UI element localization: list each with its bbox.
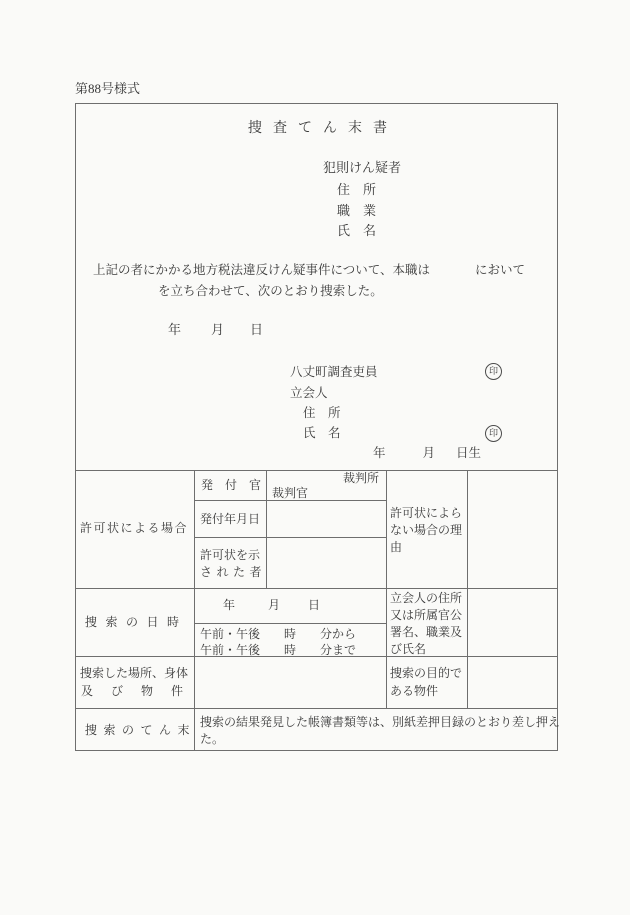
officer-title: 八丈町調査吏員 (290, 365, 378, 381)
birth-month-label: 月 (423, 446, 436, 460)
search-target-value-cell (468, 657, 557, 708)
witness-heading: 立会人 (290, 386, 328, 402)
no-permit-reason-value-cell (468, 471, 557, 588)
body-line2: を立ち合わせて、次のとおり捜索した。 (158, 284, 383, 300)
court-suffix-label: 裁判所 (267, 471, 383, 486)
search-time-to-label: 午前・午後 時 分まで (200, 643, 356, 658)
search-date-year-label: 年 (223, 598, 235, 612)
table-border-line (75, 708, 557, 709)
suspect-address-label: 住 所 (337, 182, 376, 198)
date-year-label: 年 (168, 322, 181, 337)
outcome-row-label: 捜索のてん末 (85, 723, 196, 738)
witness-info-value-cell (468, 589, 557, 656)
search-date-month-label: 月 (268, 598, 280, 612)
table-border-line (386, 470, 387, 708)
searched-place-value-cell (195, 657, 386, 708)
suspect-name-label: 氏 名 (337, 223, 376, 239)
no-permit-reason-label: 許可状によら ない場合の理 由 (390, 505, 466, 556)
witness-name-label: 氏 名 (303, 426, 341, 442)
witness-info-label: 立会人の住所 又は所属官公 署名、職業及 び氏名 (390, 590, 466, 658)
search-time-from-label: 午前・午後 時 分から (200, 627, 356, 642)
issuing-officer-label: 発付官 (201, 478, 273, 493)
birth-day-label: 日生 (456, 446, 481, 460)
permit-shown-to-label-line2: された者 (200, 565, 266, 580)
permit-shown-to-value-cell (267, 538, 386, 588)
body-line1-prefix: 上記の者にかかる地方税法違反けん疑事件について、本職は (93, 263, 430, 277)
searched-place-label-line2: 及び物件 (81, 684, 201, 699)
date-day-label: 日 (250, 322, 263, 337)
search-target-label: 捜索の目的で ある物件 (390, 665, 466, 700)
birth-date-line: 年月日生 (373, 446, 481, 462)
outcome-value: 捜索の結果発見した帳簿書類等は、別紙差押目録のとおり差し押え た。 (200, 714, 562, 747)
search-date-day-label: 日 (308, 598, 320, 612)
table-border-line (194, 470, 195, 750)
table-border-line (194, 623, 386, 624)
birth-year-label: 年 (373, 446, 386, 460)
witness-address-label: 住 所 (303, 406, 341, 422)
body-line1-suffix: において (475, 263, 525, 277)
date-month-label: 月 (211, 322, 224, 337)
document-page: { "form_number": "第88号様式", "title": "捜査て… (0, 0, 630, 915)
issue-date-label: 発付年月日 (200, 512, 260, 527)
issuing-officer-value-cell: 裁判所 裁判官 (267, 471, 383, 500)
date-line: 年月日 (168, 322, 263, 338)
search-datetime-row-label: 捜索の日時 (85, 615, 188, 630)
search-date-line: 年月日 (223, 598, 320, 613)
issue-date-value-cell (267, 501, 386, 537)
suspect-occupation-label: 職 業 (337, 203, 376, 219)
form-number: 第88号様式 (75, 81, 140, 97)
suspect-heading: 犯則けん疑者 (323, 160, 401, 176)
judge-suffix-label: 裁判官 (267, 486, 383, 501)
document-title: 捜査てん末書 (248, 120, 398, 138)
permit-case-row-label: 許可状による場合 (80, 521, 188, 536)
officer-seal-icon: 印 (485, 363, 502, 380)
body-line1: 上記の者にかかる地方税法違反けん疑事件について、本職はにおいて (93, 263, 525, 279)
searched-place-label-line1: 捜索した場所、身体 (80, 666, 188, 681)
witness-seal-icon: 印 (485, 425, 502, 442)
permit-shown-to-label-line1: 許可状を示 (200, 548, 260, 563)
